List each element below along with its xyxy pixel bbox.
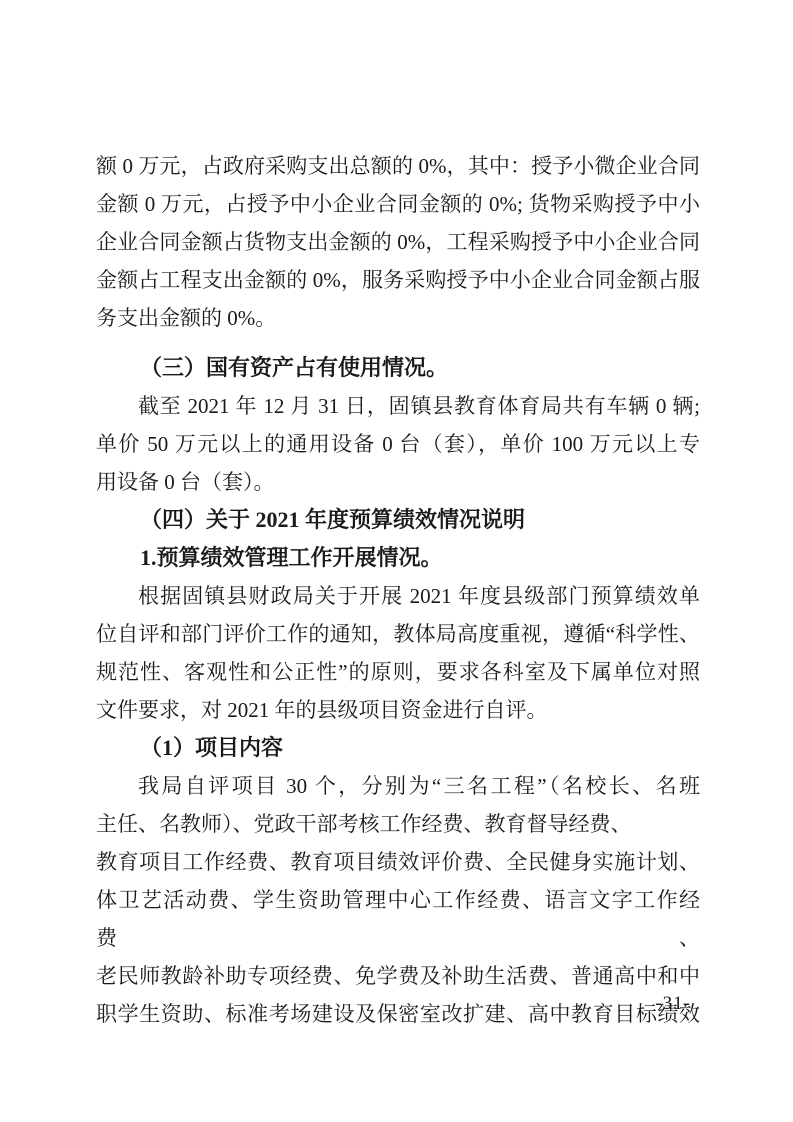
document-line: 文件要求，对 2021 年的县级项目资金进行自评。 <box>96 691 700 729</box>
document-content: 额 0 万元，占政府采购支出总额的 0%，其中：授予小微企业合同金额 0 万元，… <box>96 147 700 1033</box>
document-line: 截至 2021 年 12 月 31 日，固镇县教育体育局共有车辆 0 辆; <box>96 387 700 425</box>
document-line: 额 0 万元，占政府采购支出总额的 0%，其中：授予小微企业合同 <box>96 147 700 185</box>
document-line: 用设备 0 台（套）。 <box>96 463 700 501</box>
document-line: 位自评和部门评价工作的通知，教体局高度重视，遵循“科学性、 <box>96 615 700 653</box>
document-line: 我局自评项目 30 个，分别为“三名工程”（名校长、名班 <box>96 767 700 805</box>
page-number: -31- <box>655 990 691 1018</box>
document-page: 额 0 万元，占政府采购支出总额的 0%，其中：授予小微企业合同金额 0 万元，… <box>0 0 793 1122</box>
document-line: 职学生资助、标准考场建设及保密室改扩建、高中教育目标绩效 <box>96 995 700 1033</box>
document-line: 教育项目工作经费、教育项目绩效评价费、全民健身实施计划、 <box>96 843 700 881</box>
section-heading: （1）项目内容 <box>96 729 700 767</box>
document-line: 金额占工程支出金额的 0%，服务采购授予中小企业合同金额占服 <box>96 261 700 299</box>
document-line: 金额 0 万元，占授予中小企业合同金额的 0%; 货物采购授予中小 <box>96 185 700 223</box>
document-line: 老民师教龄补助专项经费、免学费及补助生活费、普通高中和中 <box>96 957 700 995</box>
section-heading: （四）关于 2021 年度预算绩效情况说明 <box>96 501 700 539</box>
document-line: 企业合同金额占货物支出金额的 0%，工程采购授予中小企业合同 <box>96 223 700 261</box>
document-line: 根据固镇县财政局关于开展 2021 年度县级部门预算绩效单 <box>96 577 700 615</box>
document-line: 规范性、客观性和公正性”的原则，要求各科室及下属单位对照 <box>96 653 700 691</box>
document-line: 体卫艺活动费、学生资助管理中心工作经费、语言文字工作经费、 <box>96 881 700 957</box>
section-heading: 1.预算绩效管理工作开展情况。 <box>96 539 700 577</box>
section-heading: （三）国有资产占有使用情况。 <box>96 349 700 387</box>
document-line: 主任、名教师）、党政干部考核工作经费、教育督导经费、 <box>96 805 700 843</box>
document-line: 务支出金额的 0%。 <box>96 299 700 337</box>
document-line: 单价 50 万元以上的通用设备 0 台（套），单价 100 万元以上专 <box>96 425 700 463</box>
